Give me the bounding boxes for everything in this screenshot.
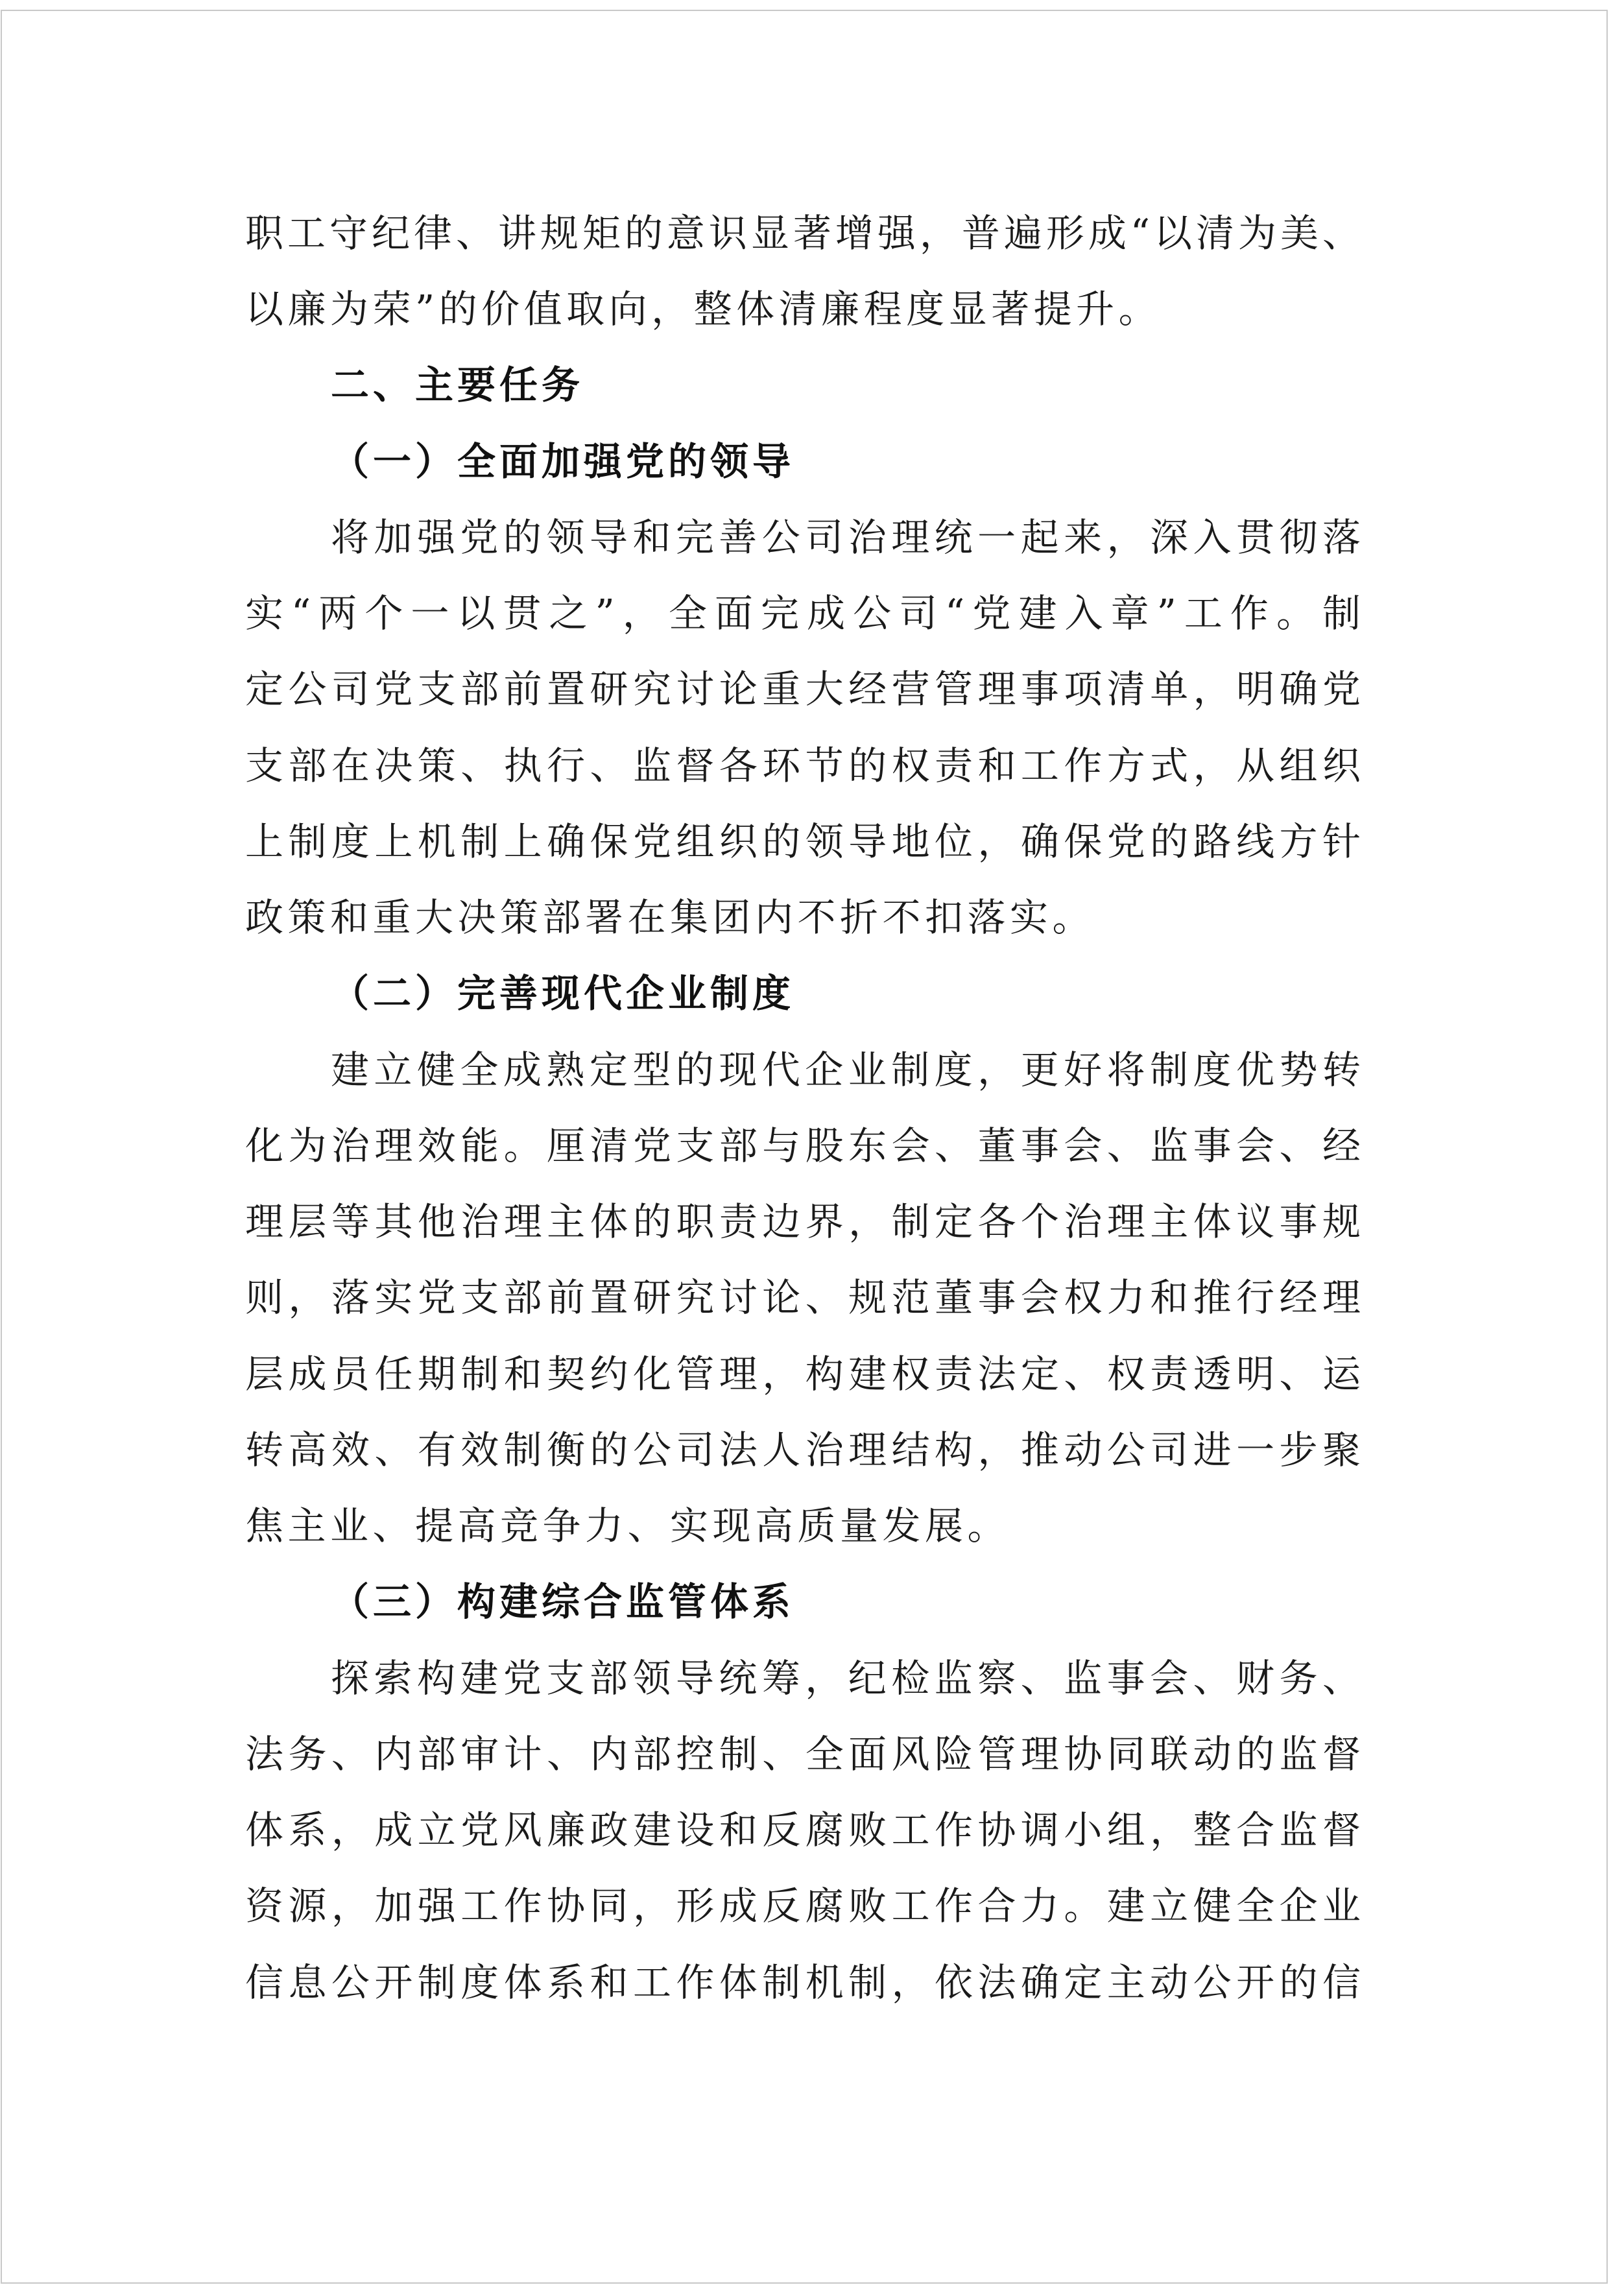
body-line: 支部在决策、执行、监督各环节的权责和工作方式，从组织: [245, 740, 1362, 792]
body-line: 则，落实党支部前置研究讨论、规范董事会权力和推行经理: [245, 1272, 1362, 1324]
body-line: 资源，加强工作协同，形成反腐败工作合力。建立健全企业: [245, 1880, 1362, 1932]
subsection-heading: （二）完善现代企业制度: [331, 968, 1362, 1020]
subsection-heading: （三）构建综合监管体系: [331, 1576, 1362, 1628]
body-line: 体系，成立党风廉政建设和反腐败工作协调小组，整合监督: [245, 1804, 1362, 1856]
body-line: 上制度上机制上确保党组织的领导地位，确保党的路线方针: [245, 816, 1362, 868]
body-line: 以廉为荣”的价值取向，整体清廉程度显著提升。: [245, 283, 1362, 335]
body-line: 政策和重大决策部署在集团内不折不扣落实。: [245, 892, 1362, 944]
body-line: 建立健全成熟定型的现代企业制度，更好将制度优势转: [331, 1044, 1362, 1096]
section-heading: 二、主要任务: [331, 359, 1362, 411]
body-line: 法务、内部审计、内部控制、全面风险管理协同联动的监督: [245, 1728, 1362, 1780]
body-line: 化为治理效能。厘清党支部与股东会、董事会、监事会、经: [245, 1120, 1362, 1172]
body-line: 信息公开制度体系和工作体制机制，依法确定主动公开的信: [245, 1957, 1362, 2009]
body-line: 理层等其他治理主体的职责边界，制定各个治理主体议事规: [245, 1196, 1362, 1248]
body-line: 将加强党的领导和完善公司治理统一起来，深入贯彻落: [331, 512, 1362, 564]
body-line: 转高效、有效制衡的公司法人治理结构，推动公司进一步聚: [245, 1424, 1362, 1476]
body-line: 层成员任期制和契约化管理，构建权责法定、权责透明、运: [245, 1348, 1362, 1400]
body-line: 定公司党支部前置研究讨论重大经营管理事项清单，明确党: [245, 664, 1362, 715]
document-page: 职工守纪律、讲规矩的意识显著增强，普遍形成“以清为美、 以廉为荣”的价值取向，整…: [1, 10, 1608, 2284]
body-line: 探索构建党支部领导统筹，纪检监察、监事会、财务、: [331, 1653, 1362, 1704]
subsection-heading: （一）全面加强党的领导: [331, 436, 1362, 488]
body-line: 焦主业、提高竞争力、实现高质量发展。: [245, 1500, 1362, 1552]
body-line: 实“两个一以贯之”，全面完成公司“党建入章”工作。制: [245, 588, 1362, 640]
body-line: 职工守纪律、讲规矩的意识显著增强，普遍形成“以清为美、: [245, 208, 1362, 259]
